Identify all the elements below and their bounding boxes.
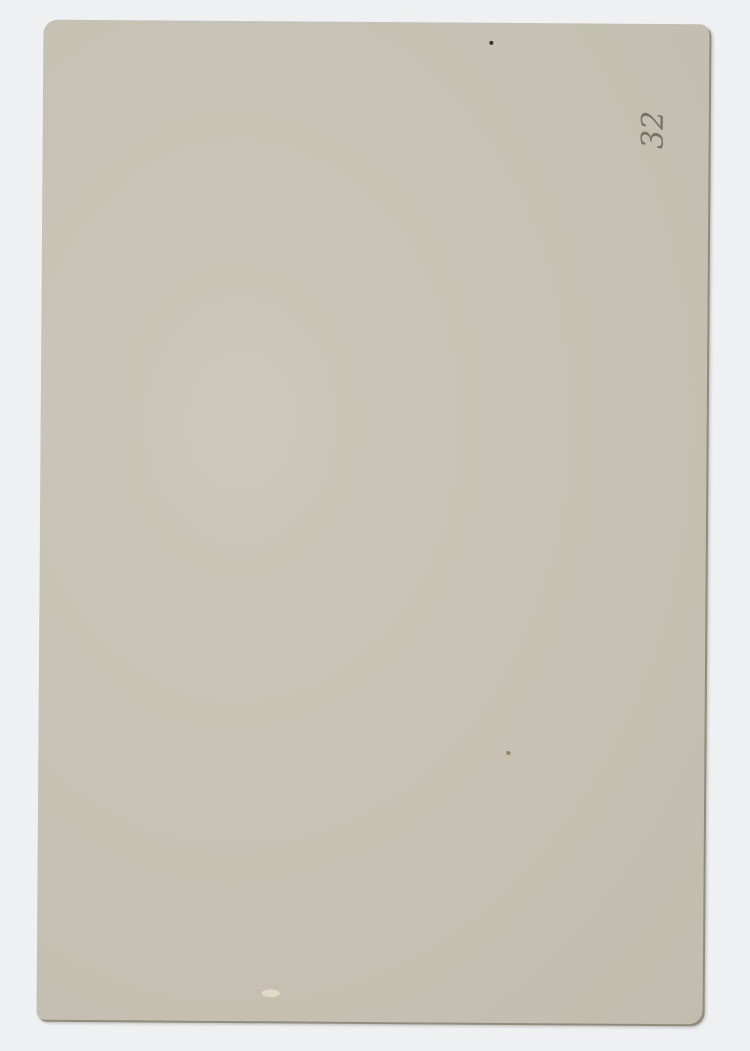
surface-scuff — [262, 989, 280, 997]
stain — [506, 751, 510, 755]
card-back: 32 — [37, 20, 710, 1025]
dark-speck — [489, 41, 493, 45]
handwritten-pencil-mark: 32 — [636, 109, 686, 149]
